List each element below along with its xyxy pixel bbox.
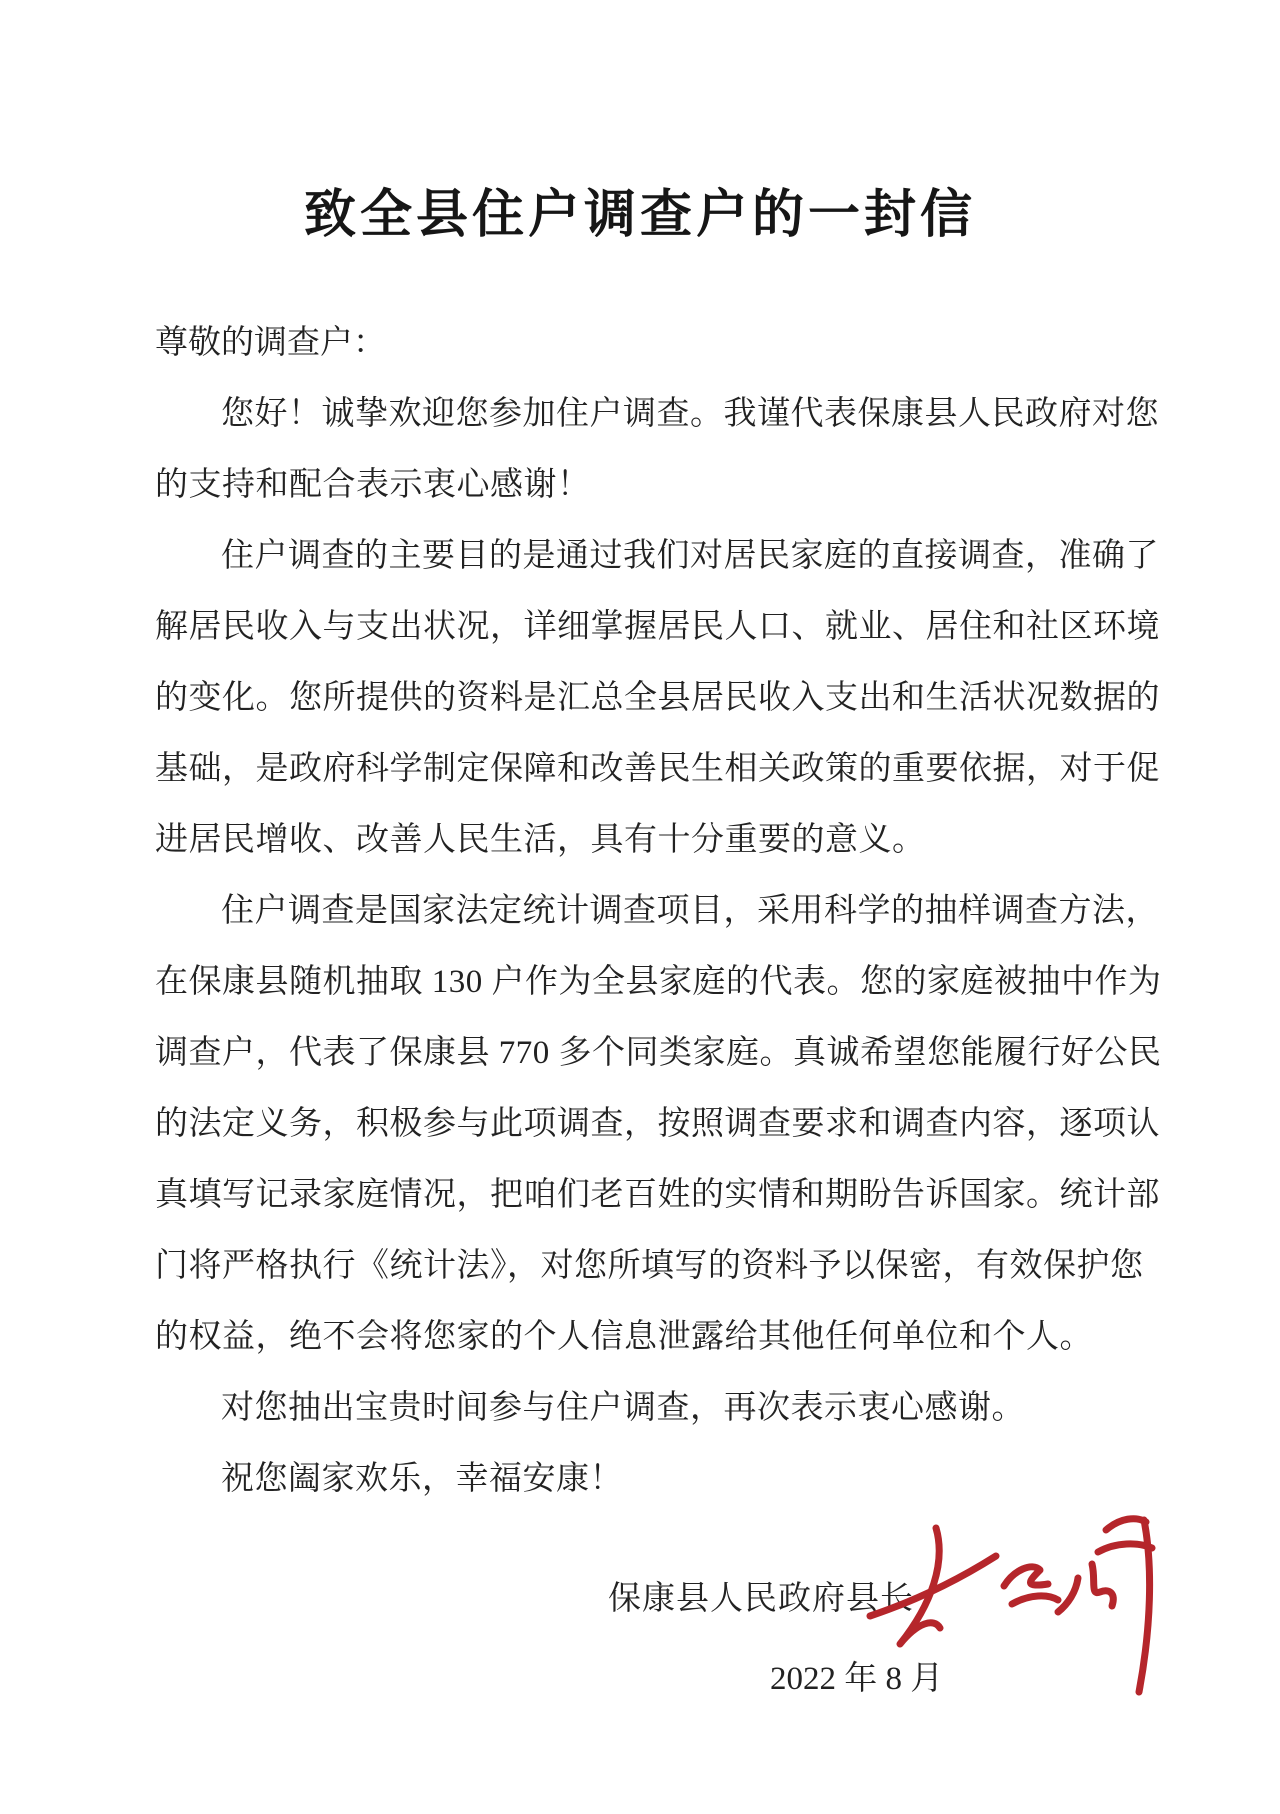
letter-line: 真填写记录家庭情况，把咱们老百姓的实情和期盼告诉国家。统计部 xyxy=(155,1160,1155,1231)
letter-line: 的支持和配合表示衷心感谢！ xyxy=(155,450,1155,521)
letter-line: 的变化。您所提供的资料是汇总全县居民收入支出和生活状况数据的 xyxy=(155,663,1155,734)
letter-line: 祝您阖家欢乐，幸福安康！ xyxy=(155,1444,1155,1515)
letter-line: 进居民增收、改善人民生活，具有十分重要的意义。 xyxy=(155,805,1155,876)
letter-title: 致全县住户调查户的一封信 xyxy=(0,172,1280,247)
letter-date: 2022 年 8 月 xyxy=(770,1652,943,1699)
signer-title: 保康县人民政府县长 xyxy=(608,1572,914,1619)
letter-line: 解居民收入与支出状况，详细掌握居民人口、就业、居住和社区环境 xyxy=(155,592,1155,663)
letter-line: 对您抽出宝贵时间参与住户调查，再次表示衷心感谢。 xyxy=(155,1373,1155,1444)
letter-line: 基础，是政府科学制定保障和改善民生相关政策的重要依据，对于促 xyxy=(155,734,1155,805)
letter-line: 的法定义务，积极参与此项调查，按照调查要求和调查内容，逐项认 xyxy=(155,1089,1155,1160)
salutation: 尊敬的调查户： xyxy=(155,308,1155,379)
letter-line: 调查户，代表了保康县 770 多个同类家庭。真诚希望您能履行好公民 xyxy=(155,1018,1155,1089)
letter-line: 的权益，绝不会将您家的个人信息泄露给其他任何单位和个人。 xyxy=(155,1302,1155,1373)
letter-line: 住户调查的主要目的是通过我们对居民家庭的直接调查，准确了 xyxy=(155,521,1155,592)
letter-line: 门将严格执行《统计法》，对您所填写的资料予以保密，有效保护您 xyxy=(155,1231,1155,1302)
letter-body: 尊敬的调查户： 您好！诚挚欢迎您参加住户调查。我谨代表保康县人民政府对您 的支持… xyxy=(155,308,1155,1515)
letter-page: 致全县住户调查户的一封信 尊敬的调查户： 您好！诚挚欢迎您参加住户调查。我谨代表… xyxy=(0,0,1280,1814)
letter-line: 在保康县随机抽取 130 户作为全县家庭的代表。您的家庭被抽中作为 xyxy=(155,947,1155,1018)
letter-line: 住户调查是国家法定统计调查项目，采用科学的抽样调查方法， xyxy=(155,876,1155,947)
letter-line: 您好！诚挚欢迎您参加住户调查。我谨代表保康县人民政府对您 xyxy=(155,379,1155,450)
